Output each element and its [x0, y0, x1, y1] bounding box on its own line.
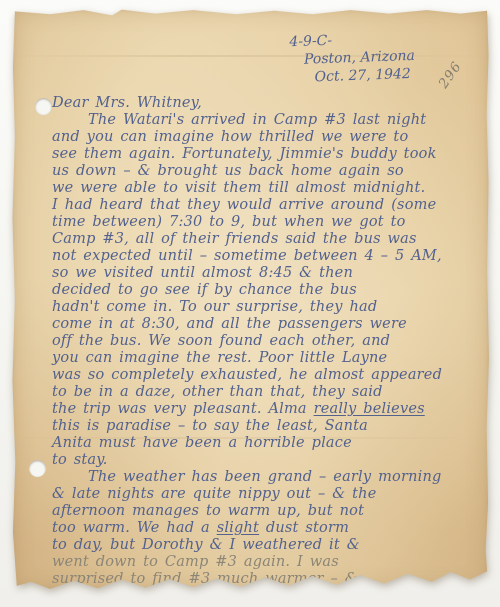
- letter-line: went down to Camp #3 again. I was: [52, 554, 475, 571]
- letter-line: I had heard that they would arrive aroun…: [52, 197, 475, 214]
- letter-line: see them again. Fortunately, Jimmie's bu…: [52, 146, 475, 163]
- letter-line: to be in a daze, other than that, they s…: [52, 384, 475, 401]
- paper-shadow-wrap: 4-9-C- Poston, Arizona Oct. 27, 1942 296…: [0, 0, 500, 607]
- letter-line: too warm. We had a slight dust storm: [52, 520, 475, 537]
- date-line: Oct. 27, 1942: [314, 65, 415, 87]
- letter-header: 4-9-C- Poston, Arizona Oct. 27, 1942: [289, 29, 416, 87]
- letter-line: afternoon manages to warm up, but not: [52, 503, 475, 520]
- letter-line: to stay.: [52, 452, 475, 469]
- letter-line: come in at 8:30, and all the passengers …: [52, 316, 475, 333]
- letter-line: Camp #3, all of their friends said the b…: [52, 231, 475, 248]
- letter-line: & late nights are quite nippy out – & th…: [52, 486, 475, 503]
- letter-line: off the bus. We soon found each other, a…: [52, 333, 475, 350]
- letter-line: surprised to find #3 much warmer – &: [52, 571, 475, 588]
- letter-line: to day, but Dorothy & I weathered it &: [52, 537, 475, 554]
- page-number: 296: [436, 59, 466, 92]
- letter-line: was so completely exhausted, he almost a…: [52, 367, 475, 384]
- letter-line: time between) 7:30 to 9, but when we got…: [52, 214, 475, 231]
- letter-line: the trip was very pleasant. Alma really …: [52, 401, 475, 418]
- letter-photo: 4-9-C- Poston, Arizona Oct. 27, 1942 296…: [0, 0, 500, 607]
- letter-line: decided to go see if by chance the bus: [52, 282, 475, 299]
- letter-line: Anita must have been a horrible place: [52, 435, 475, 452]
- letter-line: we were able to visit them till almost m…: [52, 180, 475, 197]
- hole-punch-top: [35, 98, 52, 115]
- letter-line: us down – & brought us back home again s…: [52, 163, 475, 180]
- letter-line: not expected until – sometime between 4 …: [52, 248, 475, 265]
- letter-line: Dear Mrs. Whitney,: [52, 95, 475, 112]
- paper-crease: [12, 55, 489, 57]
- letter-line: The Watari's arrived in Camp #3 last nig…: [52, 112, 475, 129]
- letter-line: this is paradise – to say the least, San…: [52, 418, 475, 435]
- letter-paper: 4-9-C- Poston, Arizona Oct. 27, 1942 296…: [12, 9, 489, 590]
- hole-punch-bottom: [29, 460, 46, 477]
- letter-line: so we visited until almost 8:45 & then: [52, 265, 475, 282]
- letter-line: you can imagine the rest. Poor little La…: [52, 350, 475, 367]
- letter-line: The weather has been grand – early morni…: [52, 469, 475, 486]
- letter-line: hadn't come in. To our surprise, they ha…: [52, 299, 475, 316]
- letter-line: and you can imagine how thrilled we were…: [52, 129, 475, 146]
- letter-body: Dear Mrs. Whitney,The Watari's arrived i…: [52, 95, 475, 588]
